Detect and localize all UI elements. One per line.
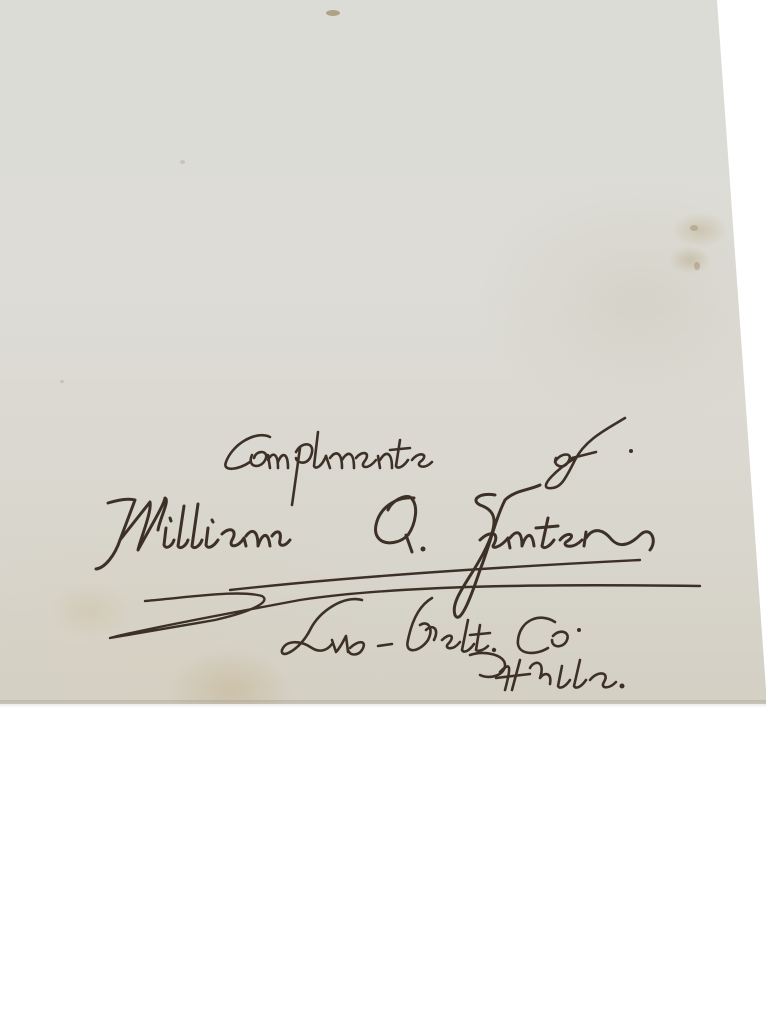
handwritten-inscription (0, 0, 768, 710)
photo-stage: Compliments of. William A. Santer Lvs-Be… (0, 0, 768, 1024)
signature-flourish (110, 560, 700, 638)
inscription-line-company (282, 598, 581, 655)
inscription-line-compliments (225, 418, 633, 505)
inscription-line-city (470, 653, 625, 690)
